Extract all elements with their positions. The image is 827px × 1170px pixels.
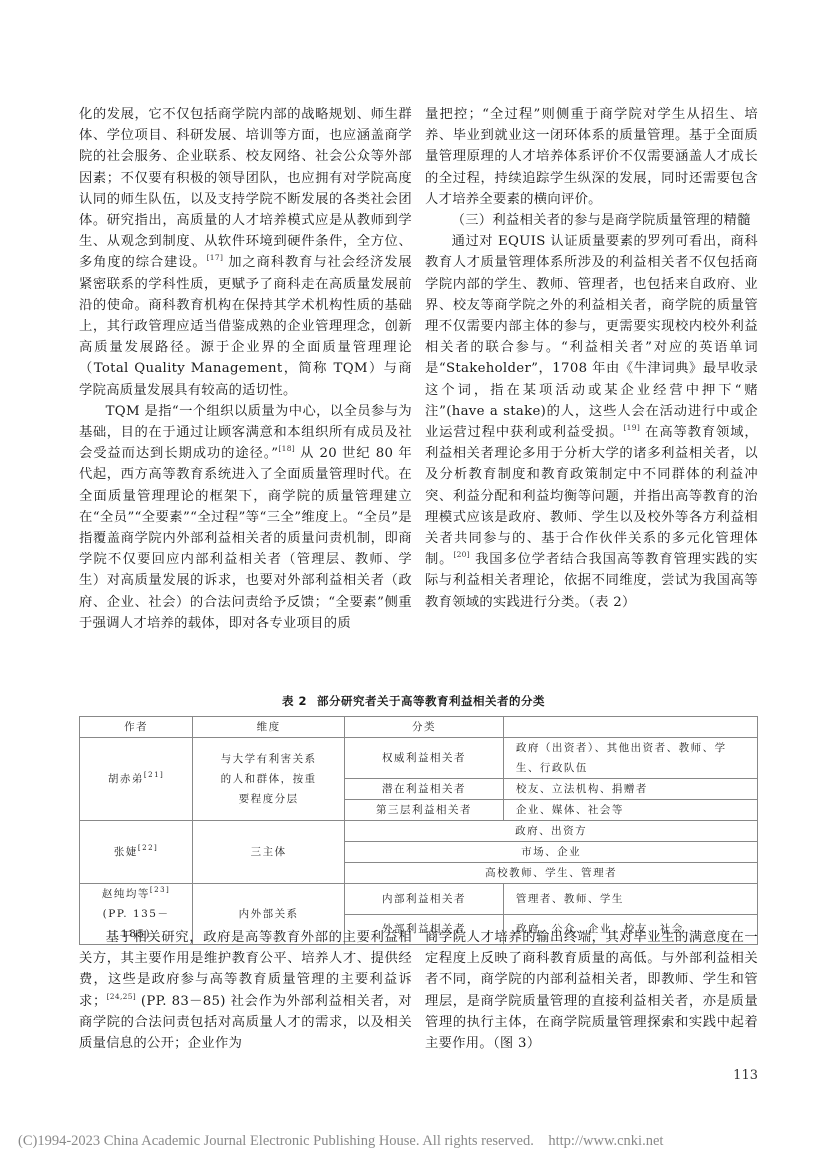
paragraph: 化的发展，它不仅包括商学院内部的战略规划、师生群体、学位项目、科研发展、培训等方… <box>79 104 412 401</box>
author-cell: 胡赤弟[21] <box>80 738 193 821</box>
page-number: 113 <box>703 1068 758 1083</box>
members-cell: 校友、立法机构、捐赠者 <box>503 779 757 800</box>
copyright-footer: (C)1994-2023 China Academic Journal Elec… <box>18 1133 663 1150</box>
category-cell: 潜在利益相关者 <box>345 779 504 800</box>
paragraph: 量把控；“全过程”则侧重于商学院对学生从招生、培养、毕业到就业这一闭环体系的质量… <box>425 104 758 210</box>
paragraph-text: 我国多位学者结合我国高等教育管理实践的实际与利益相关者理论，依据不同维度，尝试为… <box>425 552 758 609</box>
paragraph: 商学院人才培养的输出终端，其对毕业生的满意度在一定程度上反映了商科教育质量的高低… <box>425 927 758 1054</box>
author-cell: 张婕[22] <box>80 821 193 884</box>
citation-ref[interactable]: [22] <box>138 844 158 852</box>
dimension-cell: 三主体 <box>193 821 345 884</box>
paragraph-text: 化的发展，它不仅包括商学院内部的战略规划、师生群体、学位项目、科研发展、培训等方… <box>79 107 412 270</box>
members-cell: 管理者、教师、学生 <box>503 884 757 915</box>
body-column-right-top: 量把控；“全过程”则侧重于商学院对学生从招生、培养、毕业到就业这一闭环体系的质量… <box>425 104 758 613</box>
author-name: 赵纯均等 <box>102 888 150 900</box>
category-cell: 内部利益相关者 <box>345 884 504 915</box>
citation-ref[interactable]: [21] <box>144 771 164 779</box>
header-category: 分类 <box>345 717 504 738</box>
table-row: 张婕[22] 三主体 政府、出资方 <box>80 821 758 842</box>
members-cell: 政府（出资者）、其他出资者、教师、学生、行政队伍 <box>503 738 757 779</box>
citation-ref[interactable]: [20] <box>453 550 470 559</box>
merged-category-cell: 市场、企业 <box>345 842 758 863</box>
table-row: 赵纯均等[23](PP. 135－185) 内外部关系 内部利益相关者 管理者、… <box>80 884 758 915</box>
paragraph-text: 从 20 世纪 80 年代起，西方高等教育系统进入了全面质量管理时代。在全面质量… <box>79 446 412 631</box>
header-dimension: 维度 <box>193 717 345 738</box>
dimension-cell: 与大学有利害关系的人和群体，按重要程度分层 <box>193 738 345 821</box>
paragraph-text: 通过对 EQUIS 认证质量要素的罗列可看出，商科教育人才质量管理体系所涉及的利… <box>425 234 758 440</box>
citation-ref[interactable]: [18] <box>278 444 295 453</box>
citation-ref[interactable]: [24,25] <box>107 992 136 1001</box>
merged-category-cell: 政府、出资方 <box>345 821 758 842</box>
paragraph: 通过对 EQUIS 认证质量要素的罗列可看出，商科教育人才质量管理体系所涉及的利… <box>425 231 758 613</box>
table-title: 部分研究者关于高等教育利益相关者的分类 <box>317 694 545 708</box>
table-header-row: 作者 维度 分类 <box>80 717 758 738</box>
body-column-left-bottom: 基于相关研究，政府是高等教育外部的主要利益相关方，其主要作用是维护教育公平、培养… <box>79 927 412 1054</box>
citation-ref[interactable]: [17] <box>207 253 224 262</box>
paragraph: TQM 是指“一个组织以质量为中心，以全员参与为基础，目的在于通过让顾客满意和本… <box>79 401 412 634</box>
table-number: 表 2 <box>282 694 307 708</box>
paragraph: 基于相关研究，政府是高等教育外部的主要利益相关方，其主要作用是维护教育公平、培养… <box>79 927 412 1054</box>
table-row: 胡赤弟[21] 与大学有利害关系的人和群体，按重要程度分层 权威利益相关者 政府… <box>80 738 758 779</box>
citation-ref[interactable]: [19] <box>623 423 640 432</box>
category-cell: 第三层利益相关者 <box>345 800 504 821</box>
dimension-text: 与大学有利害关系的人和群体，按重要程度分层 <box>221 749 317 809</box>
author-name: 胡赤弟 <box>108 773 144 785</box>
body-column-right-bottom: 商学院人才培养的输出终端，其对毕业生的满意度在一定程度上反映了商科教育质量的高低… <box>425 927 758 1054</box>
merged-category-cell: 高校教师、学生、管理者 <box>345 863 758 884</box>
author-name: 张婕 <box>114 846 138 858</box>
stakeholder-classification-table: 作者 维度 分类 胡赤弟[21] 与大学有利害关系的人和群体，按重要程度分层 权… <box>79 716 758 945</box>
header-author: 作者 <box>80 717 193 738</box>
paragraph-text: 在高等教育领域，利益相关者理论多用于分析大学的诸多利益相关者，以及分析教育制度和… <box>425 425 758 567</box>
category-cell: 权威利益相关者 <box>345 738 504 779</box>
body-column-left-top: 化的发展，它不仅包括商学院内部的战略规划、师生群体、学位项目、科研发展、培训等方… <box>79 104 412 634</box>
table-caption: 表 2部分研究者关于高等教育利益相关者的分类 <box>0 693 827 709</box>
paragraph-text: (PP. 83－85) 社会作为外部利益相关者，对商学院的合法问责包括对高质量人… <box>79 994 412 1051</box>
section-heading: （三）利益相关者的参与是商学院质量管理的精髓 <box>425 210 758 231</box>
header-members <box>503 717 757 738</box>
paragraph-text: 加之商科教育与社会经济发展紧密联系的学科性质，更赋予了商科走在高质量发展前沿的使… <box>79 255 412 397</box>
citation-ref[interactable]: [23] <box>150 886 170 894</box>
members-cell: 企业、媒体、社会等 <box>503 800 757 821</box>
